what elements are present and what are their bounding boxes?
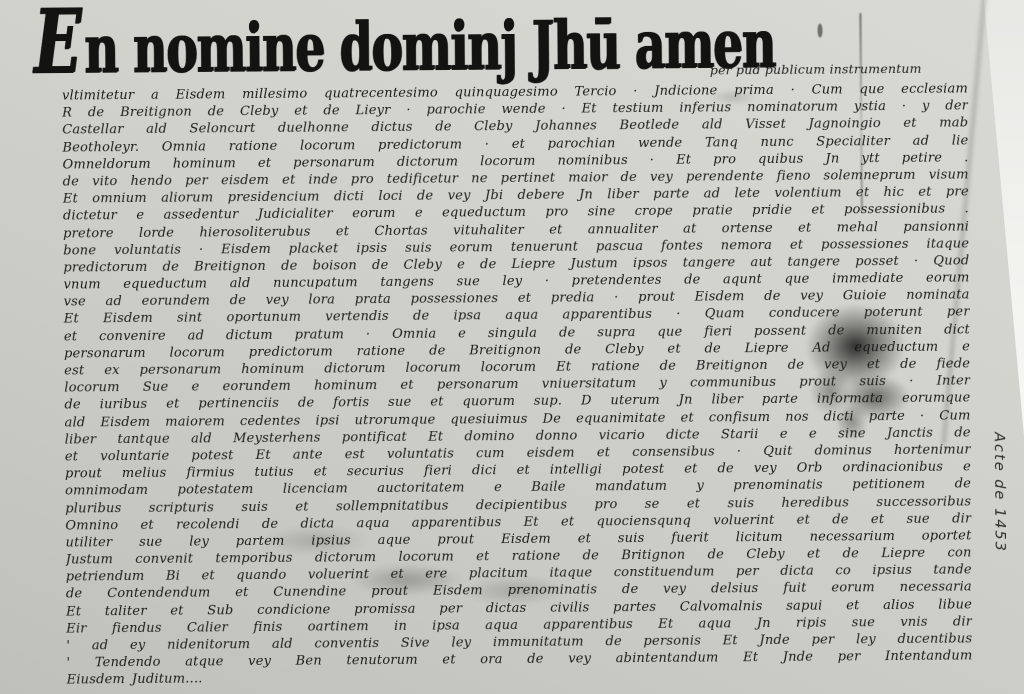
- ink-speck: [817, 24, 822, 38]
- manuscript-photo: En nomine dominj Jhū amen per pud public…: [0, 0, 1024, 694]
- ink-smudge-left: [239, 519, 389, 562]
- gothic-invocation-title: En nomine dominj Jhū amen: [33, 0, 734, 88]
- manuscript-page: En nomine dominj Jhū amen per pud public…: [0, 0, 1024, 694]
- ink-smudge-bottom: [326, 555, 596, 615]
- ink-blot-tendril: [828, 395, 875, 483]
- intro-line: per pud publicum instrumentum: [710, 60, 972, 77]
- ink-smudge-top: [698, 86, 768, 109]
- margin-note-acte-de-1453: Acte de 1453: [991, 432, 1008, 592]
